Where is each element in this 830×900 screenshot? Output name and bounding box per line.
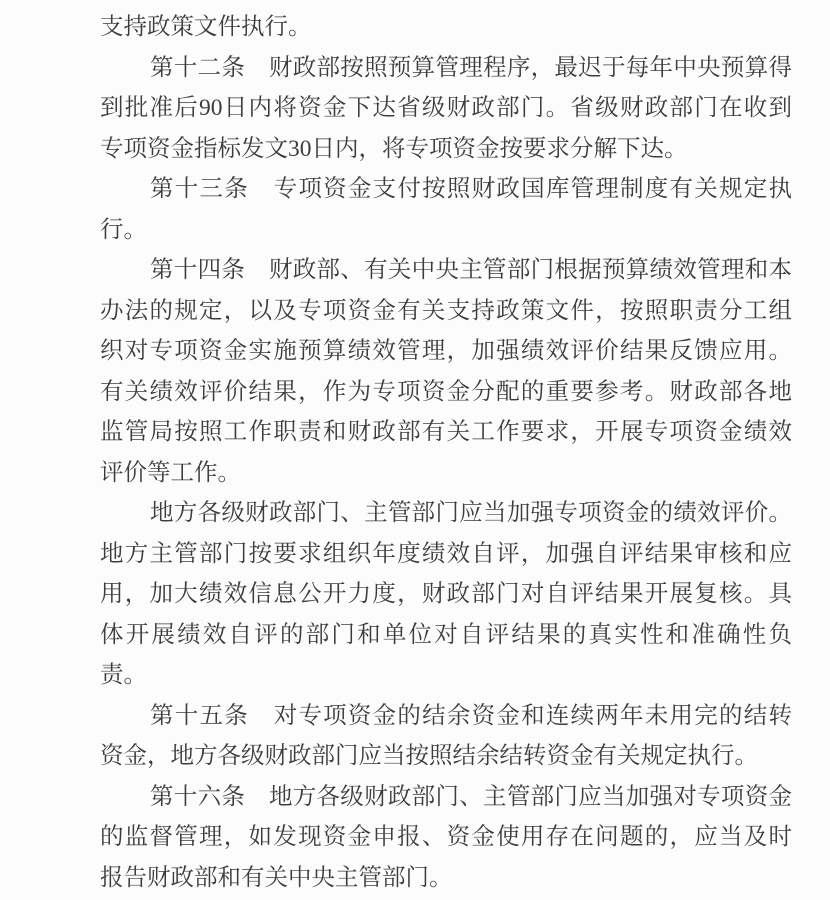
text-line: 办法的规定，以及专项资金有关支持政策文件，按照职责分工组: [100, 291, 792, 332]
text-line: 体开展绩效自评的部门和单位对自评结果的真实性和准确性负: [100, 615, 792, 656]
text-line: 有关绩效评价结果，作为专项资金分配的重要参考。财政部各地: [100, 372, 792, 413]
text-line: 地方主管部门按要求组织年度绩效自评，加强自评结果审核和应: [100, 534, 792, 575]
text-line: 第十五条 对专项资金的结余资金和连续两年未用完的结转: [100, 696, 792, 737]
document-page: 支持政策文件执行。第十二条 财政部按照预算管理程序，最迟于每年中央预算得到批准后…: [0, 0, 830, 900]
text-line: 责。: [100, 655, 792, 696]
text-line: 用，加大绩效信息公开力度，财政部门对自评结果开展复核。具: [100, 574, 792, 615]
text-line: 监管局按照工作职责和财政部有关工作要求，开展专项资金绩效: [100, 412, 792, 453]
text-line: 评价等工作。: [100, 453, 792, 494]
document-body: 支持政策文件执行。第十二条 财政部按照预算管理程序，最迟于每年中央预算得到批准后…: [100, 7, 792, 898]
text-line: 行。: [100, 210, 792, 251]
text-line: 第十二条 财政部按照预算管理程序，最迟于每年中央预算得: [100, 48, 792, 89]
text-line: 第十三条 专项资金支付按照财政国库管理制度有关规定执: [100, 169, 792, 210]
text-line: 第十四条 财政部、有关中央主管部门根据预算绩效管理和本: [100, 250, 792, 291]
text-line: 专项资金指标发文30日内，将专项资金按要求分解下达。: [100, 129, 792, 170]
text-line: 支持政策文件执行。: [100, 7, 792, 48]
text-line: 地方各级财政部门、主管部门应当加强专项资金的绩效评价。: [100, 493, 792, 534]
text-line: 的监督管理，如发现资金申报、资金使用存在问题的，应当及时: [100, 817, 792, 858]
text-line: 资金，地方各级财政部门应当按照结余结转资金有关规定执行。: [100, 736, 792, 777]
text-line: 报告财政部和有关中央主管部门。: [100, 858, 792, 899]
text-line: 第十六条 地方各级财政部门、主管部门应当加强对专项资金: [100, 777, 792, 818]
text-line: 到批准后90日内将资金下达省级财政部门。省级财政部门在收到: [100, 88, 792, 129]
text-line: 织对专项资金实施预算绩效管理，加强绩效评价结果反馈应用。: [100, 331, 792, 372]
